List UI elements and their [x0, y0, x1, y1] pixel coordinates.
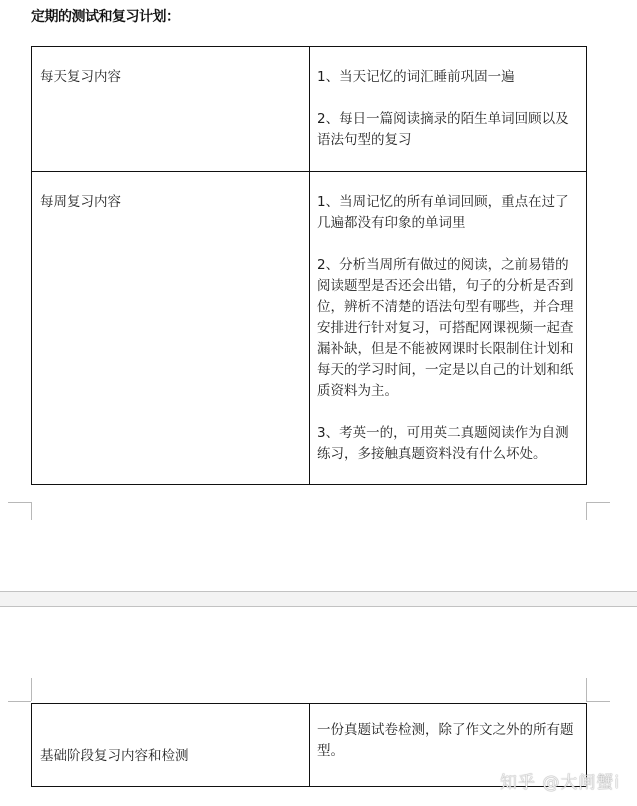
- margin-mark: [31, 678, 32, 701]
- table-cell-label[interactable]: 基础阶段复习内容和检测: [32, 704, 310, 787]
- margin-mark: [586, 502, 610, 503]
- page-break-gap: [0, 591, 637, 607]
- content-paragraph: 2、分析当周所有做过的阅读，之前易错的阅读题型是否还会出错，句子的分析是否到位，…: [317, 255, 580, 402]
- table-cell-content[interactable]: 1、当周记忆的所有单词回顾，重点在过了几遍都没有印象的单词里 2、分析当周所有做…: [310, 172, 587, 485]
- margin-mark: [31, 502, 32, 520]
- cell-label-text: 每周复习内容: [32, 172, 309, 223]
- table-row-daily: 每天复习内容 1、当天记忆的词汇睡前巩固一遍 2、每日一篇阅读摘录的陌生单词回顾…: [32, 47, 587, 172]
- table-cell-label[interactable]: 每周复习内容: [32, 172, 310, 485]
- margin-mark: [586, 701, 610, 702]
- content-paragraph: 1、当周记忆的所有单词回顾，重点在过了几遍都没有印象的单词里: [317, 192, 580, 234]
- review-plan-table: 每天复习内容 1、当天记忆的词汇睡前巩固一遍 2、每日一篇阅读摘录的陌生单词回顾…: [31, 46, 587, 485]
- margin-mark: [586, 502, 587, 520]
- table-cell-label[interactable]: 每天复习内容: [32, 47, 310, 172]
- margin-mark: [8, 502, 31, 503]
- watermark: 知乎 @大闸蟹i: [500, 768, 620, 793]
- content-paragraph: 3、考英一的，可用英二真题阅读作为自测练习，多接触真题资料没有什么坏处。: [317, 423, 580, 465]
- content-paragraph: 1、当天记忆的词汇睡前巩固一遍: [317, 67, 580, 88]
- cell-label-text: 每天复习内容: [32, 47, 309, 98]
- content-paragraph: 2、每日一篇阅读摘录的陌生单词回顾以及语法句型的复习: [317, 109, 580, 151]
- cell-label-text: 基础阶段复习内容和检测: [32, 724, 309, 767]
- margin-mark: [8, 701, 31, 702]
- margin-mark: [586, 678, 587, 701]
- table-row-weekly: 每周复习内容 1、当周记忆的所有单词回顾，重点在过了几遍都没有印象的单词里 2、…: [32, 172, 587, 485]
- section-heading: 定期的测试和复习计划：: [31, 6, 180, 26]
- table-cell-content[interactable]: 1、当天记忆的词汇睡前巩固一遍 2、每日一篇阅读摘录的陌生单词回顾以及语法句型的…: [310, 47, 587, 172]
- content-paragraph: 一份真题试卷检测，除了作文之外的所有题型。: [317, 720, 580, 762]
